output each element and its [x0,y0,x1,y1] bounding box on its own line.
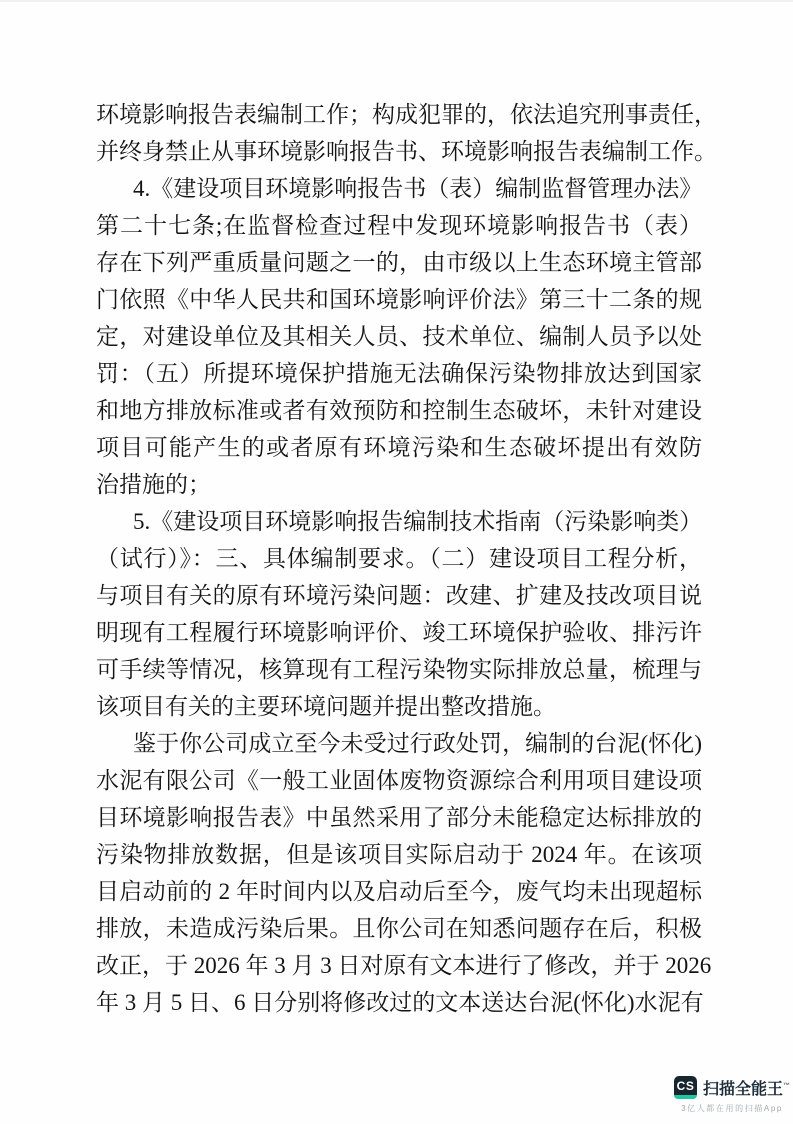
text-line: 明现有工程履行环境影响评价、竣工环境保护验收、排污许 [96,614,702,651]
text-line: 罚：（五）所提环境保护措施无法确保污染物排放达到国家 [96,355,702,392]
text-line: 改正，于 2026 年 3 月 3 日对原有文本进行了修改，并于 2026 [96,947,702,984]
trademark-symbol: ™ [783,1083,790,1090]
text-line: 目启动前的 2 年时间内以及启动后至今，废气均未出现超标 [96,873,702,910]
text-line: 鉴于你公司成立至今未受过行政处罚，编制的台泥(怀化) [96,725,702,762]
scanner-app-watermark: CS 扫描全能王™ 3亿人都在用的扫描App [674,1076,790,1114]
text-line: （试行）》：三、具体编制要求。（二）建设项目工程分析， [96,540,702,577]
text-line: 目环境影响报告表》中虽然采用了部分未能稳定达标排放的 [96,799,702,836]
scanned-document-page: 环境影响报告表编制工作；构成犯罪的，依法追究刑事责任， 并终身禁止从事环境影响报… [0,0,793,1124]
text-line: 排放，未造成污染后果。且你公司在知悉问题存在后，积极 [96,910,702,947]
text-line: 污染物排放数据，但是该项目实际启动于 2024 年。在该项 [96,836,702,873]
text-line: 定，对建设单位及其相关人员、技术单位、编制人员予以处 [96,318,702,355]
text-line: 该项目有关的主要环境问题并提出整改措施。 [96,688,702,725]
camscanner-logo-text: CS [677,1079,695,1093]
text-line: 和地方排放标准或者有效预防和控制生态破坏，未针对建设 [96,392,702,429]
logo-accent-stripe [674,1095,697,1099]
text-line: 4.《建设项目环境影响报告书（表）编制监督管理办法》 [96,170,702,207]
watermark-tagline: 3亿人都在用的扫描App [681,1103,783,1114]
watermark-logo-row: CS 扫描全能王™ [674,1076,790,1099]
text-line: 可手续等情况，核算现有工程污染物实际排放总量，梳理与 [96,651,702,688]
text-line: 水泥有限公司《一般工业固体废物资源综合利用项目建设项 [96,762,702,799]
text-line: 年 3 月 5 日、6 日分别将修改过的文本送达台泥(怀化)水泥有 [96,984,702,1021]
app-name-text: 扫描全能王 [703,1081,783,1098]
text-line: 治措施的； [96,466,702,503]
text-line: 环境影响报告表编制工作；构成犯罪的，依法追究刑事责任， [96,96,702,133]
text-line: 项目可能产生的或者原有环境污染和生态破坏提出有效防 [96,429,702,466]
text-line: 并终身禁止从事环境影响报告书、环境影响报告表编制工作。 [96,133,702,170]
text-line: 门依照《中华人民共和国环境影响评价法》第三十二条的规 [96,281,702,318]
text-line: 第二十七条;在监督检查过程中发现环境影响报告书（表） [96,207,702,244]
camscanner-logo-icon: CS [674,1076,697,1099]
text-line: 与项目有关的原有环境污染问题：改建、扩建及技改项目说 [96,577,702,614]
text-line: 存在下列严重质量问题之一的，由市级以上生态环境主管部 [96,244,702,281]
document-text-block: 环境影响报告表编制工作；构成犯罪的，依法追究刑事责任， 并终身禁止从事环境影响报… [96,96,702,1021]
text-line: 5.《建设项目环境影响报告编制技术指南（污染影响类） [96,503,702,540]
watermark-app-name: 扫描全能王™ [703,1076,790,1099]
